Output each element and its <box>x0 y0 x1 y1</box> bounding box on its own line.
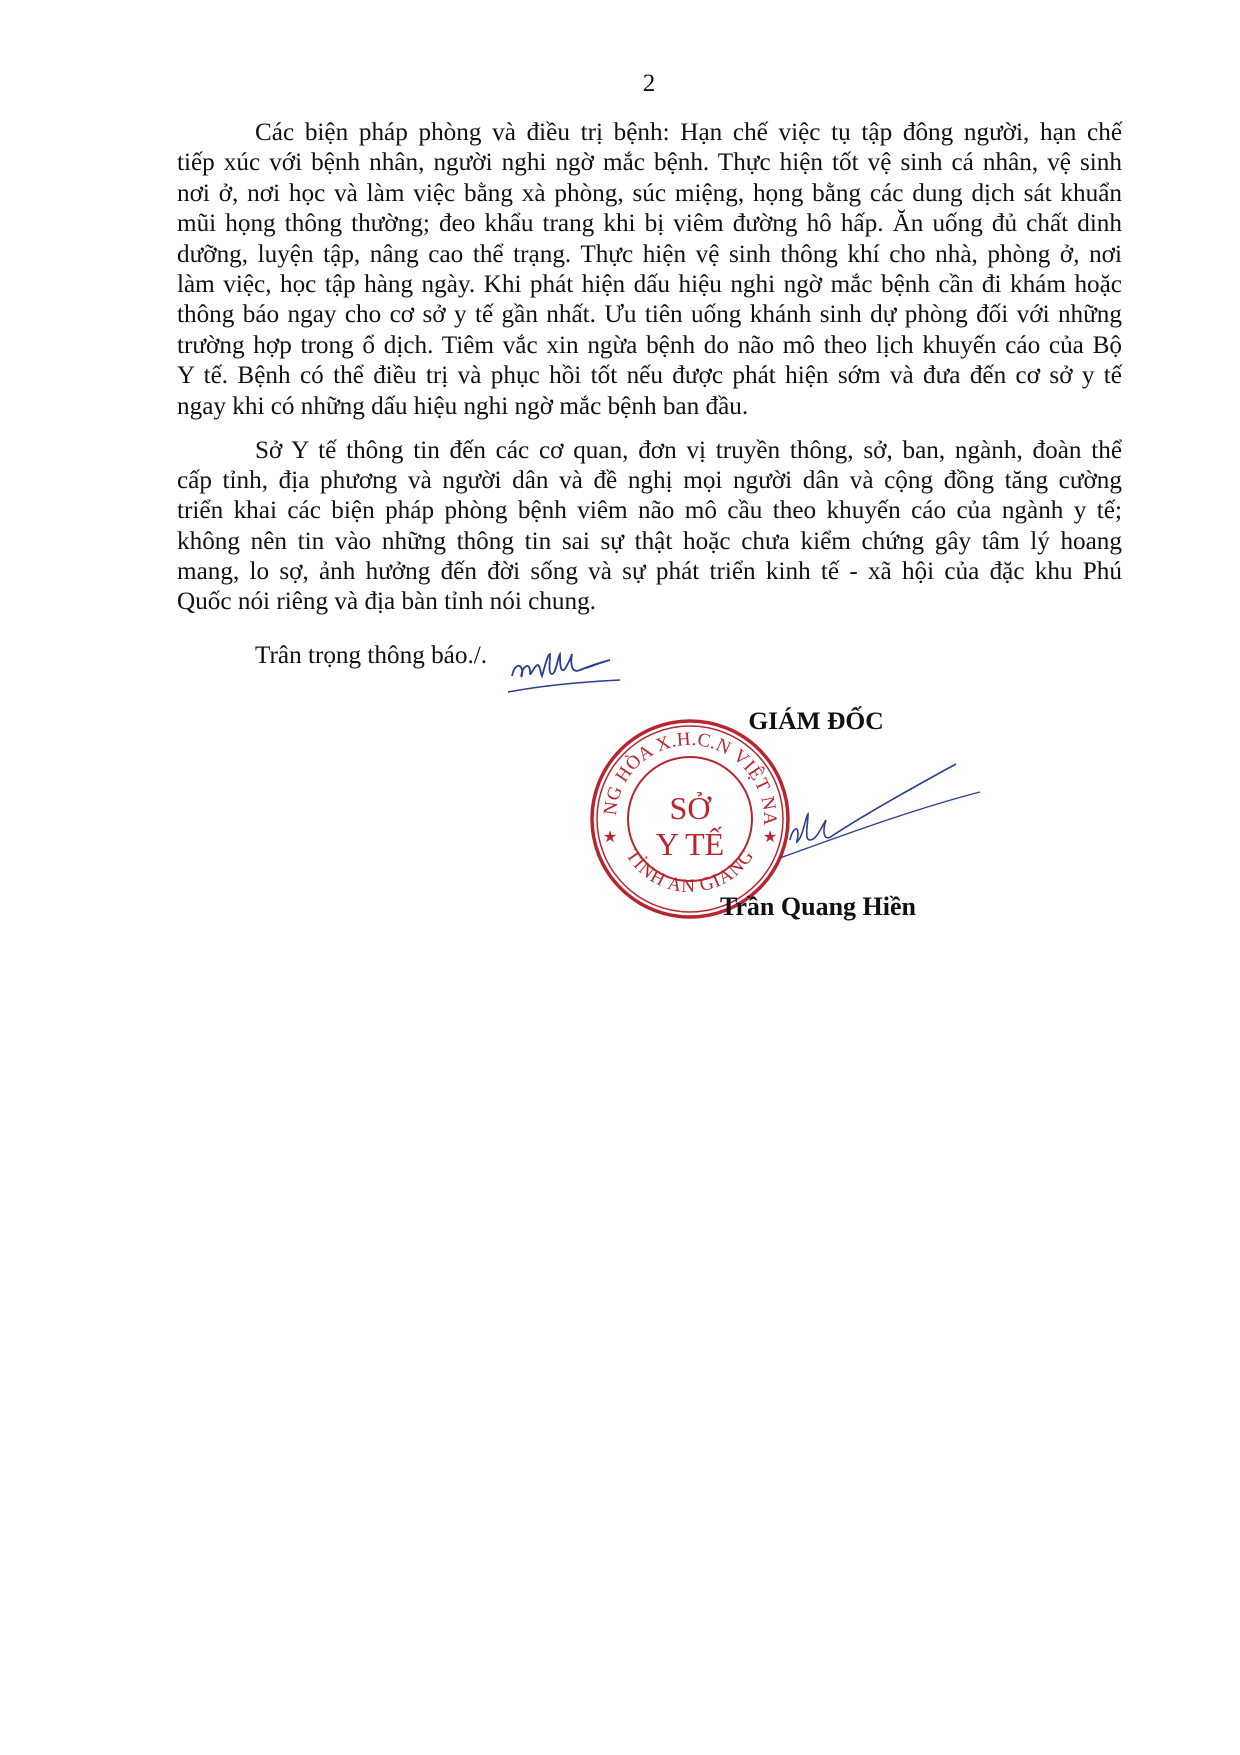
signer-name: Trần Quang Hiền <box>700 892 936 922</box>
text-line: Y tế. Bệnh có thể điều trị và phục hồi t… <box>177 361 1122 391</box>
document-body: Các biện pháp phòng và điều trị bệnh: Hạ… <box>177 118 1122 618</box>
page-number: 2 <box>0 70 1240 98</box>
star-icon: ★ <box>603 829 617 846</box>
text-line: trường hợp trong ổ dịch. Tiêm vắc xin ng… <box>177 331 1122 361</box>
text-line: Các biện pháp phòng và điều trị bệnh: Hạ… <box>177 118 1122 148</box>
text-line: không nên tin vào những thông tin sai sự… <box>177 527 1122 557</box>
text-line: dưỡng, luyện tập, nâng cao thể trạng. Th… <box>177 240 1122 270</box>
director-signature <box>770 750 1000 870</box>
initial-signature <box>490 640 630 700</box>
text-line: thông báo ngay cho cơ sở y tế gần nhất. … <box>177 300 1122 330</box>
stamp-center-line-1: SỞ <box>670 790 713 826</box>
text-line: ngay khi có những dấu hiệu nghi ngờ mắc … <box>177 392 1122 422</box>
paragraph-health-dept-notice: Sở Y tế thông tin đến các cơ quan, đơn v… <box>177 436 1122 618</box>
text-line: làm việc, học tập hàng ngày. Khi phát hi… <box>177 270 1122 300</box>
text-line: mang, lo sợ, ảnh hưởng đến đời sống và s… <box>177 557 1122 587</box>
text-line: tiếp xúc với bệnh nhân, người nghi ngờ m… <box>177 148 1122 178</box>
text-line: cấp tỉnh, địa phương và người dân và đề … <box>177 466 1122 496</box>
paragraph-prevention-measures: Các biện pháp phòng và điều trị bệnh: Hạ… <box>177 118 1122 422</box>
stamp-center-line-2: Y TẾ <box>656 826 724 862</box>
text-line: Sở Y tế thông tin đến các cơ quan, đơn v… <box>177 436 1122 466</box>
text-line: Quốc nói riêng và địa bàn tỉnh nói chung… <box>177 587 1122 617</box>
text-line: nơi ở, nơi học và làm việc bằng xà phòng… <box>177 179 1122 209</box>
closing-remark: Trân trọng thông báo./. <box>255 641 487 671</box>
text-line: mũi họng thông thường; đeo khẩu trang kh… <box>177 209 1122 239</box>
text-line: triển khai các biện pháp phòng bệnh viêm… <box>177 496 1122 526</box>
official-stamp: CỘNG HÒA X.H.C.N VIỆT NAM TỈNH AN GIANG … <box>588 717 792 921</box>
